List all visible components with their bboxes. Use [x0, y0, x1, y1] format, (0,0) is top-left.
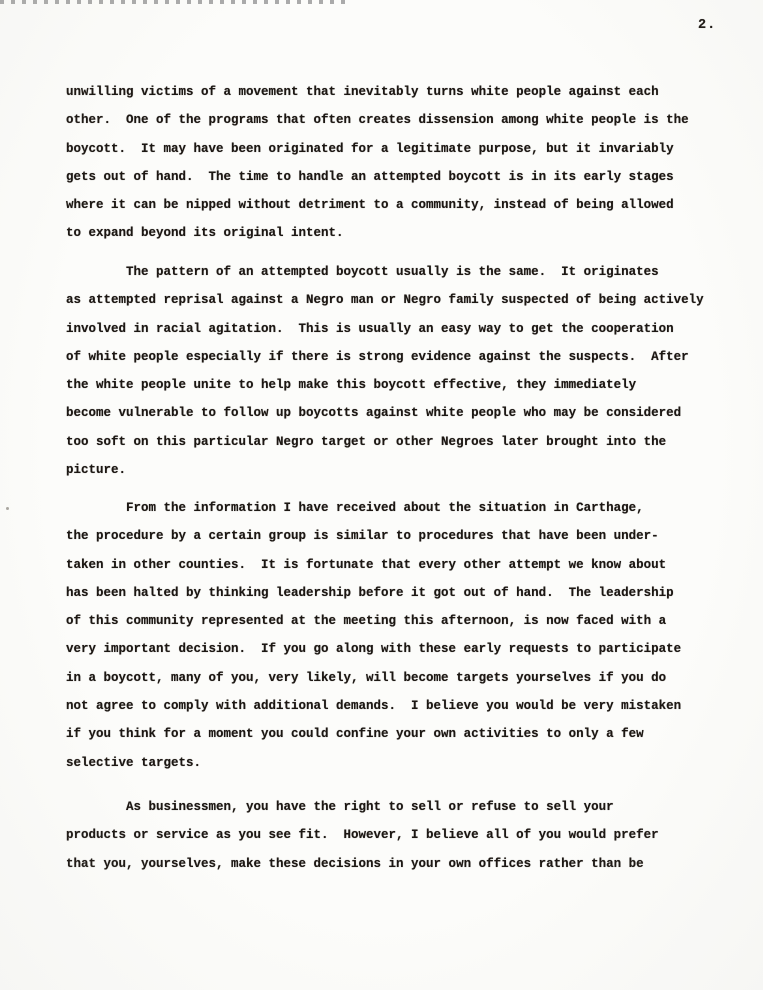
text-line: the procedure by a certain group is simi…: [66, 522, 746, 550]
text-line: where it can be nipped without detriment…: [66, 191, 746, 219]
document-page: 2. unwilling victims of a movement that …: [0, 0, 763, 990]
text-line: gets out of hand. The time to handle an …: [66, 163, 746, 191]
text-line: involved in racial agitation. This is us…: [66, 315, 746, 343]
paragraph-1: unwilling victims of a movement that ine…: [66, 78, 746, 248]
paragraph-3: From the information I have received abo…: [66, 494, 746, 777]
text-line: boycott. It may have been originated for…: [66, 135, 746, 163]
page-number: 2.: [698, 18, 716, 33]
scan-artifact-dotted-line: [0, 0, 350, 4]
text-line: become vulnerable to follow up boycotts …: [66, 399, 746, 427]
text-line: As businessmen, you have the right to se…: [66, 793, 746, 821]
text-line: in a boycott, many of you, very likely, …: [66, 664, 746, 692]
text-line: the white people unite to help make this…: [66, 371, 746, 399]
text-line: products or service as you see fit. Howe…: [66, 821, 746, 849]
text-line: to expand beyond its original intent.: [66, 219, 746, 247]
text-line: The pattern of an attempted boycott usua…: [66, 258, 746, 286]
text-line: very important decision. If you go along…: [66, 635, 746, 663]
text-line: other. One of the programs that often cr…: [66, 106, 746, 134]
text-line: as attempted reprisal against a Negro ma…: [66, 286, 746, 314]
scan-artifact-speck: [6, 507, 9, 510]
paragraph-4: As businessmen, you have the right to se…: [66, 793, 746, 878]
text-line: From the information I have received abo…: [66, 494, 746, 522]
text-line: too soft on this particular Negro target…: [66, 428, 746, 456]
text-line: that you, yourselves, make these decisio…: [66, 850, 746, 878]
text-line: not agree to comply with additional dema…: [66, 692, 746, 720]
text-line: of white people especially if there is s…: [66, 343, 746, 371]
text-line: selective targets.: [66, 749, 746, 777]
text-line: has been halted by thinking leadership b…: [66, 579, 746, 607]
text-line: unwilling victims of a movement that ine…: [66, 78, 746, 106]
paragraph-2: The pattern of an attempted boycott usua…: [66, 258, 746, 484]
text-line: picture.: [66, 456, 746, 484]
text-line: of this community represented at the mee…: [66, 607, 746, 635]
text-line: taken in other counties. It is fortunate…: [66, 551, 746, 579]
text-line: if you think for a moment you could conf…: [66, 720, 746, 748]
